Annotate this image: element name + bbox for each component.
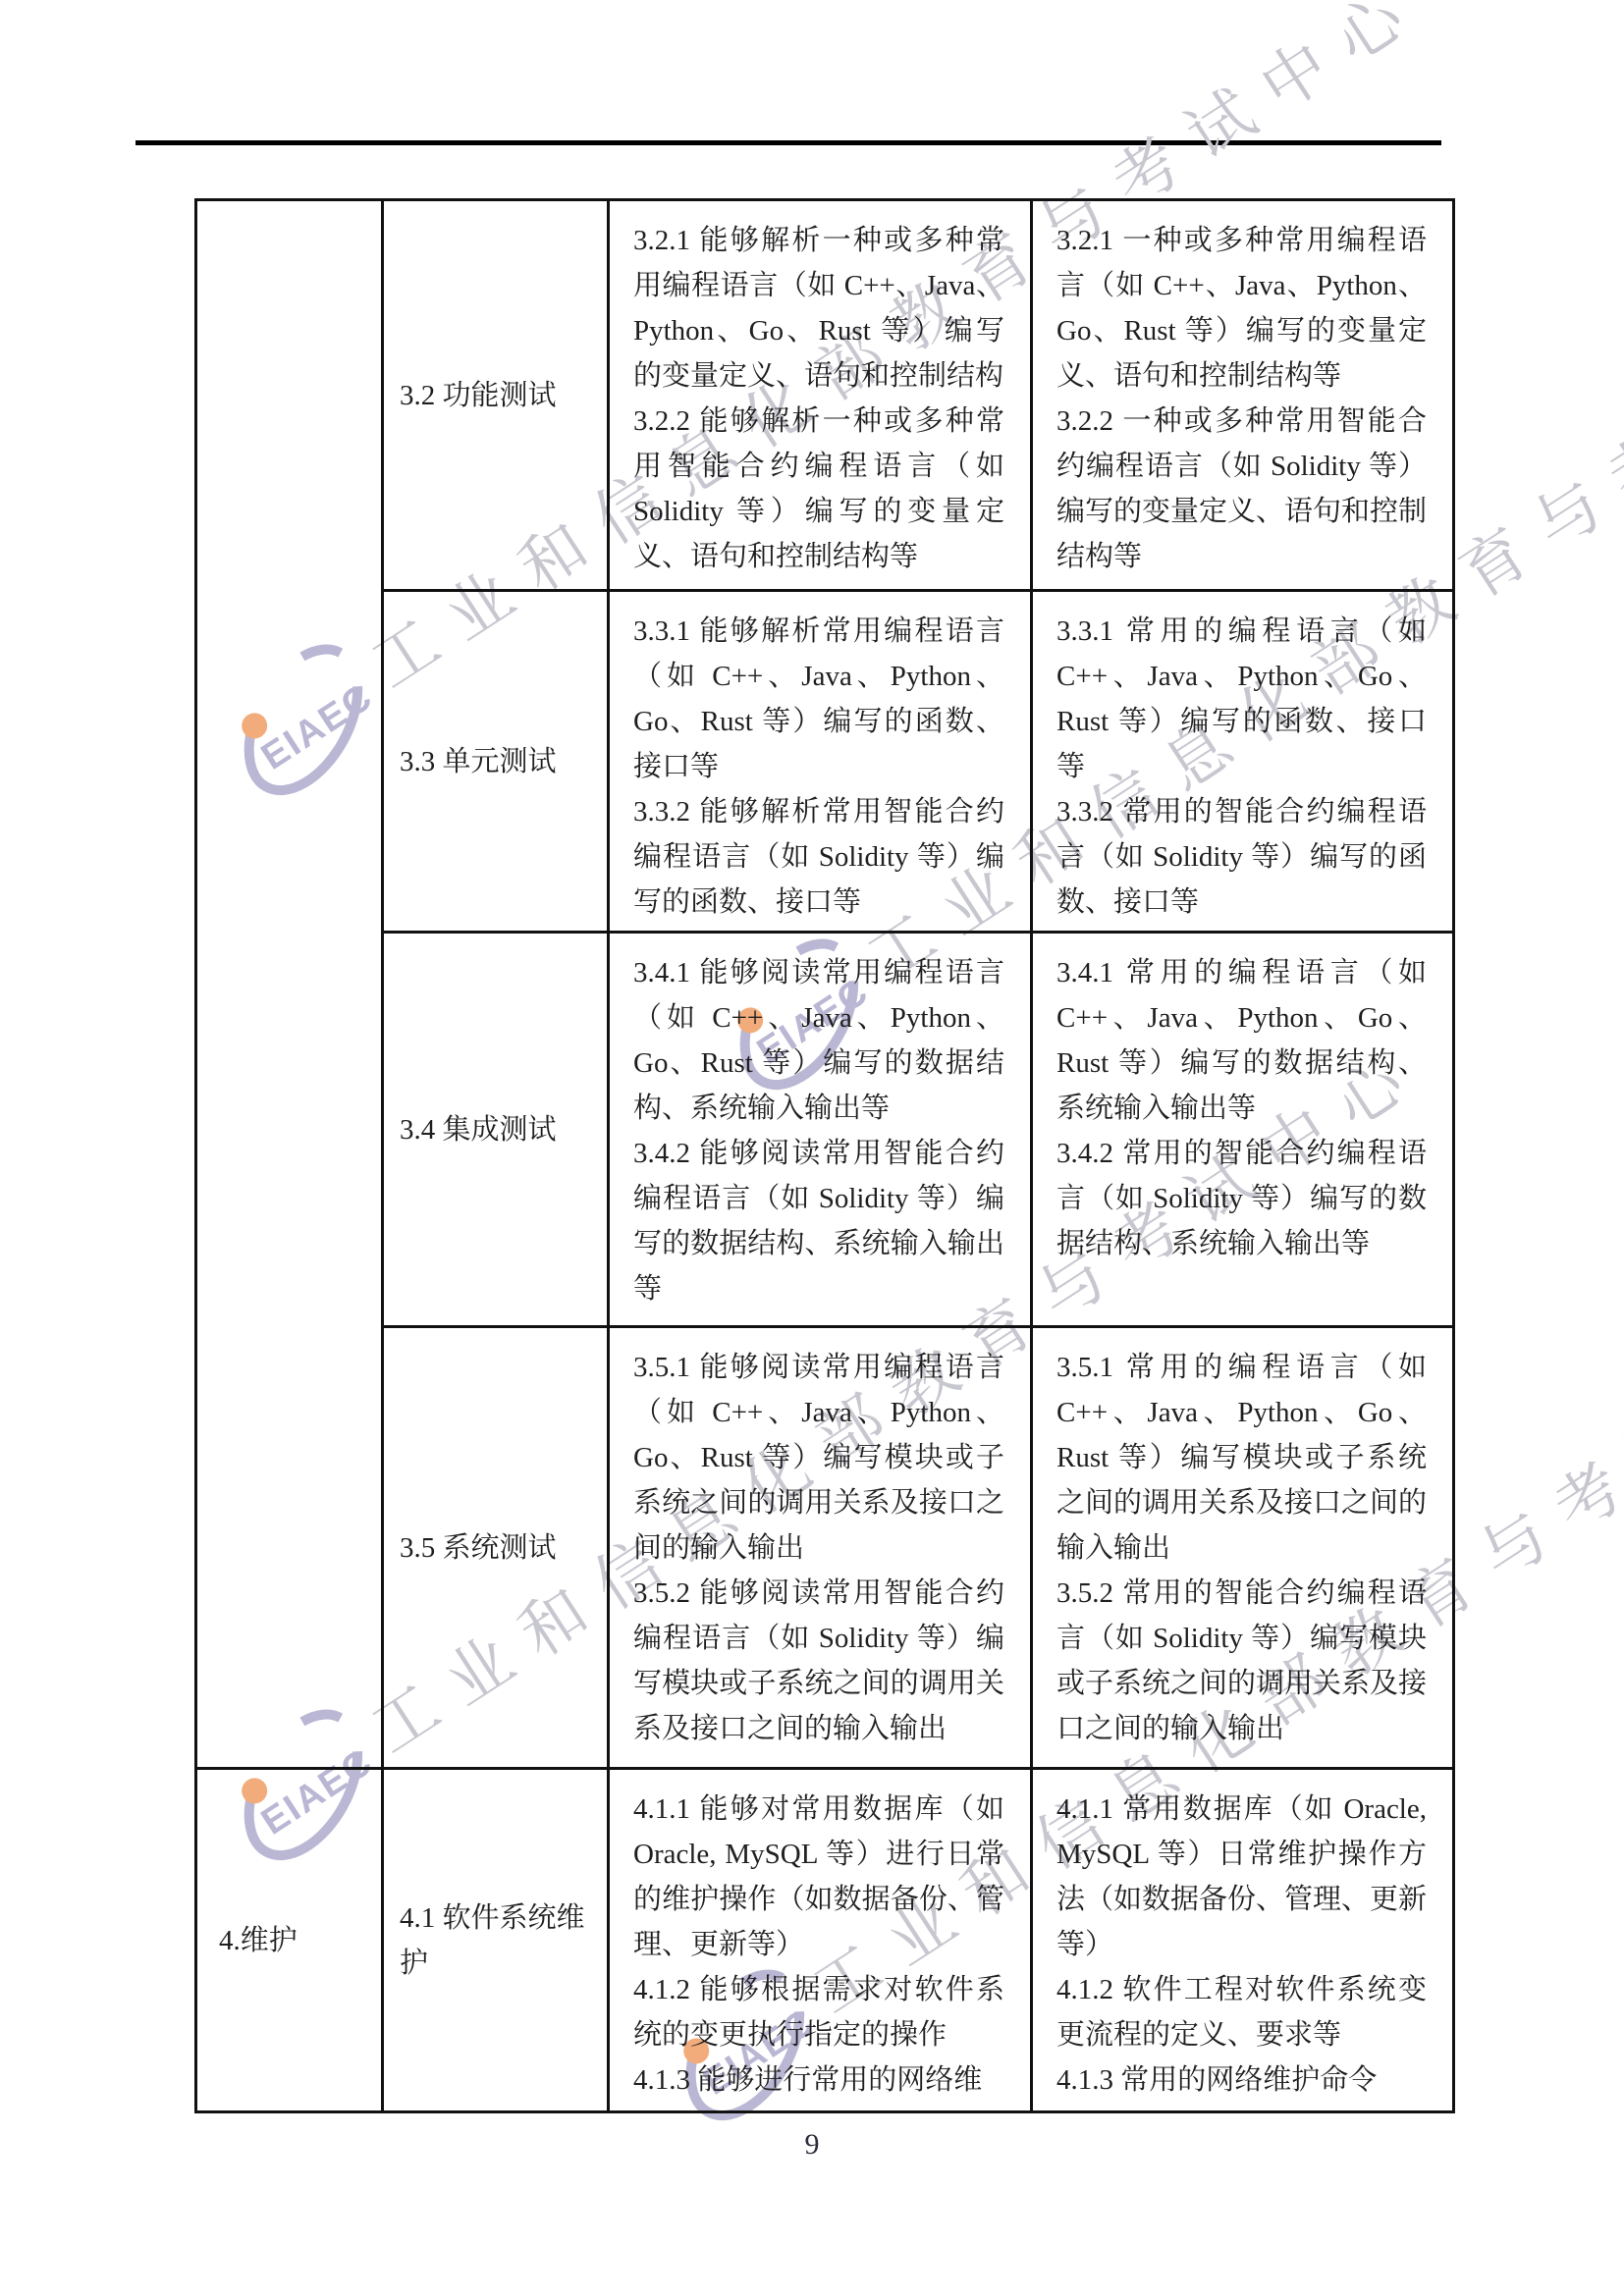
knowledge-cell: 4.1.1 常用数据库（如 Oracle, MySQL 等）日常维护操作方法（如… <box>1032 1769 1454 2112</box>
knowledge-item: 3.2.2 一种或多种常用智能合约编程语言（如 Solidity 等）编写的变量… <box>1056 399 1427 579</box>
skills-cell: 3.3.1 能够解析常用编程语言（如 C++、Java、Python、Go、Ru… <box>609 591 1032 933</box>
skills-cell: 4.1.1 能够对常用数据库（如 Oracle, MySQL 等）进行日常的维护… <box>609 1769 1032 2112</box>
module-cell: 3.5 系统测试 <box>383 1327 609 1769</box>
document-page: { "header": { "rule": true }, "watermark… <box>0 0 1624 2296</box>
knowledge-item: 3.2.1 一种或多种常用编程语言（如 C++、Java、Python、Go、R… <box>1056 218 1427 399</box>
module-label: 3.3 单元测试 <box>384 735 607 788</box>
module-label: 3.4 集成测试 <box>384 1103 607 1156</box>
skill-item: 4.1.3 能够进行常用的网络维 <box>633 2057 1004 2103</box>
knowledge-item: 4.1.2 软件工程对软件系统变更流程的定义、要求等 <box>1056 1967 1427 2057</box>
skill-item: 3.4.1 能够阅读常用编程语言（如 C++、Java、Python、Go、Ru… <box>633 950 1004 1131</box>
knowledge-cell: 3.3.1 常用的编程语言（如 C++、Java、Python、Go、Rust … <box>1032 591 1454 933</box>
module-cell: 3.4 集成测试 <box>383 933 609 1327</box>
knowledge-cell: 3.4.1 常用的编程语言（如 C++、Java、Python、Go、Rust … <box>1032 933 1454 1327</box>
table-row: 3.4 集成测试 3.4.1 能够阅读常用编程语言（如 C++、Java、Pyt… <box>196 933 1454 1327</box>
knowledge-item: 4.1.3 常用的网络维护命令 <box>1056 2057 1427 2103</box>
category-cell-empty <box>196 200 383 1769</box>
skill-requirements-table: 3.2 功能测试 3.2.1 能够解析一种或多种常用编程语言（如 C++、Jav… <box>194 198 1455 2113</box>
module-label: 3.5 系统测试 <box>384 1522 607 1575</box>
knowledge-item: 3.3.2 常用的智能合约编程语言（如 Solidity 等）编写的函数、接口等 <box>1056 789 1427 925</box>
table-row: 3.3 单元测试 3.3.1 能够解析常用编程语言（如 C++、Java、Pyt… <box>196 591 1454 933</box>
skill-item: 3.5.1 能够阅读常用编程语言（如 C++、Java、Python、Go、Ru… <box>633 1345 1004 1571</box>
module-cell: 4.1 软件系统维护 <box>383 1769 609 2112</box>
skills-cell: 3.2.1 能够解析一种或多种常用编程语言（如 C++、Java、Python、… <box>609 200 1032 591</box>
knowledge-cell: 3.2.1 一种或多种常用编程语言（如 C++、Java、Python、Go、R… <box>1032 200 1454 591</box>
knowledge-cell: 3.5.1 常用的编程语言（如 C++、Java、Python、Go、Rust … <box>1032 1327 1454 1769</box>
skill-item: 3.5.2 能够阅读常用智能合约编程语言（如 Solidity 等）编写模块或子… <box>633 1571 1004 1751</box>
knowledge-item: 3.3.1 常用的编程语言（如 C++、Java、Python、Go、Rust … <box>1056 609 1427 789</box>
knowledge-item: 3.4.2 常用的智能合约编程语言（如 Solidity 等）编写的数据结构、系… <box>1056 1131 1427 1266</box>
knowledge-item: 3.4.1 常用的编程语言（如 C++、Java、Python、Go、Rust … <box>1056 950 1427 1131</box>
table-row: 3.2 功能测试 3.2.1 能够解析一种或多种常用编程语言（如 C++、Jav… <box>196 200 1454 591</box>
knowledge-item: 3.5.1 常用的编程语言（如 C++、Java、Python、Go、Rust … <box>1056 1345 1427 1571</box>
skill-item: 3.3.2 能够解析常用智能合约编程语言（如 Solidity 等）编写的函数、… <box>633 789 1004 925</box>
module-label: 4.1 软件系统维护 <box>384 1892 607 1990</box>
table-row: 4.维护 4.1 软件系统维护 4.1.1 能够对常用数据库（如 Oracle,… <box>196 1769 1454 2112</box>
table-row: 3.5 系统测试 3.5.1 能够阅读常用编程语言（如 C++、Java、Pyt… <box>196 1327 1454 1769</box>
module-cell: 3.2 功能测试 <box>383 200 609 591</box>
page-number: 9 <box>0 2128 1624 2162</box>
header-rule <box>135 140 1441 145</box>
module-cell: 3.3 单元测试 <box>383 591 609 933</box>
skill-item: 3.4.2 能够阅读常用智能合约编程语言（如 Solidity 等）编写的数据结… <box>633 1131 1004 1311</box>
knowledge-item: 3.5.2 常用的智能合约编程语言（如 Solidity 等）编写模块或子系统之… <box>1056 1571 1427 1751</box>
skills-cell: 3.4.1 能够阅读常用编程语言（如 C++、Java、Python、Go、Ru… <box>609 933 1032 1327</box>
skill-item: 4.1.2 能够根据需求对软件系统的变更执行指定的操作 <box>633 1967 1004 2057</box>
skill-item: 3.2.1 能够解析一种或多种常用编程语言（如 C++、Java、Python、… <box>633 218 1004 399</box>
skill-item: 4.1.1 能够对常用数据库（如 Oracle, MySQL 等）进行日常的维护… <box>633 1787 1004 1967</box>
skills-cell: 3.5.1 能够阅读常用编程语言（如 C++、Java、Python、Go、Ru… <box>609 1327 1032 1769</box>
knowledge-item: 4.1.1 常用数据库（如 Oracle, MySQL 等）日常维护操作方法（如… <box>1056 1787 1427 1967</box>
skill-item: 3.2.2 能够解析一种或多种常用智能合约编程语言（如 Solidity 等）编… <box>633 399 1004 579</box>
skill-item: 3.3.1 能够解析常用编程语言（如 C++、Java、Python、Go、Ru… <box>633 609 1004 789</box>
category-cell: 4.维护 <box>196 1769 383 2112</box>
module-label: 3.2 功能测试 <box>384 369 607 422</box>
category-label: 4.维护 <box>197 1914 381 1967</box>
